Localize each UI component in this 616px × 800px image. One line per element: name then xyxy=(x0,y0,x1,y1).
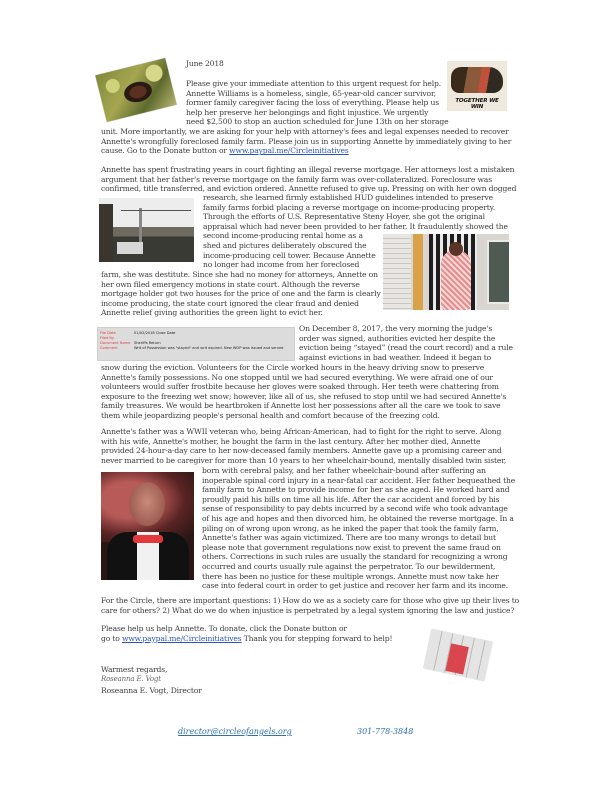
text-line: of his age and hopes and then divorced h… xyxy=(202,514,515,524)
text-line: exposure to the freezing wet snow; howev… xyxy=(101,392,506,402)
court-record-value: 01/02/2018 Close Date xyxy=(134,331,175,336)
siding-graphic xyxy=(383,234,411,310)
text-line: born with cerebral palsy, and her father… xyxy=(202,466,515,476)
court-record-excerpt: File Date 01/02/2018 Close Date Filed By… xyxy=(97,327,295,361)
signer-name: Roseanna E. Vogt, Director xyxy=(101,686,202,696)
eviction-paragraph-right: On December 8, 2017, the very morning th… xyxy=(299,324,513,362)
house-graphic xyxy=(117,242,143,254)
text-span: go to xyxy=(101,634,122,643)
text-line: proudly paid his bills on time all his l… xyxy=(202,495,515,505)
text-line: Annette Williams is a homeless, single, … xyxy=(186,89,448,99)
text-line: occurred and courts usually rule against… xyxy=(202,562,515,572)
farm-cell-tower-photo xyxy=(99,198,194,262)
text-line: income producing, the state court ignore… xyxy=(101,299,381,309)
text-line: go to www.paypal.me/Circleinitiatives Th… xyxy=(101,634,392,644)
reverse-mortgage-paragraph: Annette has spent frustrating years in c… xyxy=(101,165,516,194)
text-line: her own filed emergency motions in state… xyxy=(101,280,381,290)
email-link[interactable]: director@circleofangels.org xyxy=(178,727,292,736)
closing-text: Warmest regards, xyxy=(101,665,167,675)
donate-paragraph: Please help us help Annette. To donate, … xyxy=(101,624,392,643)
text-line: Annette has spent frustrating years in c… xyxy=(101,165,516,175)
text-line: inoperable spinal cord injury in a near-… xyxy=(202,476,515,486)
eviction-paragraph: snow during the eviction. Volunteers for… xyxy=(101,363,506,421)
text-line: research, she learned firmly established… xyxy=(203,193,508,203)
father-paragraph: Annette's father was a WWII veteran who,… xyxy=(101,427,506,465)
text-line: eviction being “stayed” (read the court … xyxy=(299,343,513,353)
text-line: unit. More importantly, we are asking fo… xyxy=(101,127,511,137)
window-graphic xyxy=(487,240,509,304)
face-graphic xyxy=(129,482,165,526)
text-line: mortgage holder got two houses for the p… xyxy=(101,289,381,299)
text-line: For the Circle, there are important ques… xyxy=(101,596,519,606)
text-line: provided 24-hour-a-day care to her now-d… xyxy=(101,446,506,456)
text-line: Annette's father was again victimized. T… xyxy=(202,533,515,543)
text-line: Please give your immediate attention to … xyxy=(186,79,448,89)
text-line: them while jeopardizing people's persona… xyxy=(101,411,506,421)
text-line: family treasures. We would be heartbroke… xyxy=(101,401,506,411)
together-we-win-caption: TOGETHER WE WIN xyxy=(449,98,505,110)
paypal-link-2[interactable]: www.paypal.me/Circleinitiatives xyxy=(122,634,242,643)
reverse-mortgage-paragraph-left: farm, she was destitute. Since she had n… xyxy=(101,270,381,318)
handshake-graphic xyxy=(451,67,503,93)
court-record-value: Writ of Possession was "stayed" and writ… xyxy=(134,346,283,351)
storage-units-photo xyxy=(424,629,493,681)
text-span: cause. Go to the Donate button or xyxy=(101,146,229,155)
text-line: Annette's wrongfully foreclosed family f… xyxy=(101,137,511,147)
text-line: farm, she was destitute. Since she had n… xyxy=(101,270,381,280)
text-line: Annette's family possessions. No one sto… xyxy=(101,373,506,383)
text-line: volunteers would suffer frostbite becaus… xyxy=(101,382,506,392)
text-line: piling on of wrong upon wrong, as he ink… xyxy=(202,524,515,534)
text-line: care for others? 2) What do we do when i… xyxy=(101,606,519,616)
text-line: On December 8, 2017, the very morning th… xyxy=(299,324,513,334)
door-frame-graphic xyxy=(413,234,423,310)
red-door-graphic xyxy=(445,643,468,674)
intro-paragraph: Please give your immediate attention to … xyxy=(186,79,448,127)
text-line: former family caregiver facing the loss … xyxy=(186,98,448,108)
tower-line-graphic xyxy=(121,210,191,211)
annette-at-door-photo xyxy=(383,234,509,310)
letter-date: June 2018 xyxy=(186,59,224,69)
court-record-row: Comment Writ of Possession was "stayed" … xyxy=(98,346,294,351)
together-we-win-image: TOGETHER WE WIN xyxy=(447,61,507,111)
text-line: case into federal court in order to get … xyxy=(202,581,515,591)
annette-portrait-photo xyxy=(95,58,176,122)
text-line: help her preserve her belongings and fig… xyxy=(186,108,448,118)
signature: Roseanna E. Vogt xyxy=(101,675,161,685)
text-line: against evictions in bad weather. Indeed… xyxy=(299,353,513,363)
text-line: please note that government regulations … xyxy=(202,543,515,553)
trees-graphic xyxy=(99,204,113,262)
person-head-graphic xyxy=(449,242,463,256)
text-line: order was signed, authorities evicted he… xyxy=(299,334,513,344)
text-line: Please help us help Annette. To donate, … xyxy=(101,624,392,634)
paypal-link[interactable]: www.paypal.me/Circleinitiatives xyxy=(229,146,349,155)
text-line: appraisal which had never been provided … xyxy=(203,222,508,232)
text-line: there has been no justice for these mult… xyxy=(202,572,515,582)
text-line: others. Corrections in such rules are us… xyxy=(202,552,515,562)
text-line: argument that her father's reverse mortg… xyxy=(101,175,516,185)
court-record-key: Comment xyxy=(100,346,134,351)
text-line: need $2,500 to stop an auction scheduled… xyxy=(186,117,448,127)
father-portrait-photo xyxy=(101,472,194,580)
father-paragraph-indented: born with cerebral palsy, and her father… xyxy=(202,466,515,591)
text-line: never married to be caregiver for more t… xyxy=(101,456,506,466)
text-span: Thank you for stepping forward to help! xyxy=(241,634,392,643)
text-line: cause. Go to the Donate button or www.pa… xyxy=(101,146,511,156)
text-line: Annette's father was a WWII veteran who,… xyxy=(101,427,506,437)
intro-paragraph-continued: unit. More importantly, we are asking fo… xyxy=(101,127,511,156)
text-line: sense of responsibility to pay debts inc… xyxy=(202,504,515,514)
letter-page: TOGETHER WE WIN June 2018 Please give yo… xyxy=(0,0,616,800)
text-line: Annette relief giving authorities the gr… xyxy=(101,308,381,318)
text-line: family farms forbid placing a reverse mo… xyxy=(203,203,508,213)
text-line: with his wife, Annette's mother, he boug… xyxy=(101,437,506,447)
person-graphic xyxy=(441,250,471,310)
questions-paragraph: For the Circle, there are important ques… xyxy=(101,596,519,615)
bowtie-graphic xyxy=(133,535,163,543)
text-line: snow during the eviction. Volunteers for… xyxy=(101,363,506,373)
text-line: Through the efforts of U.S. Representati… xyxy=(203,212,508,222)
phone-number: 301-778-3848 xyxy=(357,727,413,736)
text-line: family farm to Annette to provide income… xyxy=(202,485,515,495)
